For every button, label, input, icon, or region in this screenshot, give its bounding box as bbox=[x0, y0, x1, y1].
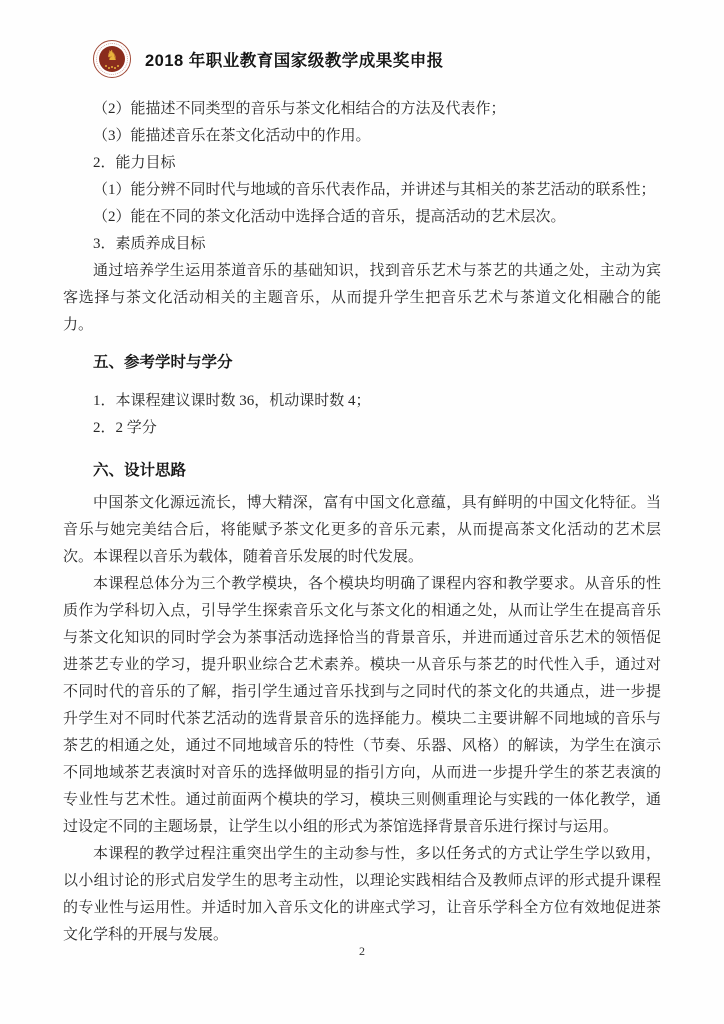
credit-line: 2．2 学分 bbox=[63, 415, 661, 442]
school-seal-icon: ♞ bbox=[93, 40, 131, 78]
objectives-list: （2）能描述不同类型的音乐与茶文化相结合的方法及代表作； （3）能描述音乐在茶文… bbox=[63, 96, 661, 258]
credit-line: 1．本课程建议课时数 36，机动课时数 4； bbox=[63, 388, 661, 415]
objective-line: （2）能描述不同类型的音乐与茶文化相结合的方法及代表作； bbox=[63, 96, 661, 123]
document-page: ♞ 2018 年职业教育国家级教学成果奖申报 （2）能描述不同类型的音乐与茶文化… bbox=[0, 0, 724, 1024]
document-title: 2018 年职业教育国家级教学成果奖申报 bbox=[145, 47, 444, 71]
seal-inner-circle: ♞ bbox=[99, 46, 125, 72]
document-header: ♞ 2018 年职业教育国家级教学成果奖申报 bbox=[93, 40, 664, 78]
objective-line: （1）能分辨不同时代与地域的音乐代表作品，并讲述与其相关的茶艺活动的联系性； bbox=[63, 177, 661, 204]
objective-line: （3）能描述音乐在茶文化活动中的作用。 bbox=[63, 123, 661, 150]
design-paragraph: 本课程总体分为三个教学模块，各个模块均明确了课程内容和教学要求。从音乐的性质作为… bbox=[63, 571, 661, 841]
page-number: 2 bbox=[0, 944, 724, 959]
section-heading-six: 六、设计思路 bbox=[63, 457, 661, 484]
quality-goal-paragraph: 通过培养学生运用茶道音乐的基础知识，找到音乐艺术与茶艺的共通之处，主动为宾客选择… bbox=[63, 258, 661, 339]
credit-hours-list: 1．本课程建议课时数 36，机动课时数 4； 2．2 学分 bbox=[63, 388, 661, 442]
objective-line: 2．能力目标 bbox=[63, 150, 661, 177]
section-heading-five: 五、参考学时与学分 bbox=[63, 349, 661, 376]
objective-line: （2）能在不同的茶文化活动中选择合适的音乐，提高活动的艺术层次。 bbox=[63, 204, 661, 231]
design-paragraph: 本课程的教学过程注重突出学生的主动参与性，多以任务式的方式让学生学以致用，以小组… bbox=[63, 841, 661, 949]
seal-dots bbox=[111, 66, 113, 68]
objective-line: 3．素质养成目标 bbox=[63, 231, 661, 258]
design-paragraph: 中国茶文化源远流长，博大精深，富有中国文化意蕴，具有鲜明的中国文化特征。当音乐与… bbox=[63, 490, 661, 571]
horse-icon: ♞ bbox=[106, 50, 119, 64]
document-body: （2）能描述不同类型的音乐与茶文化相结合的方法及代表作； （3）能描述音乐在茶文… bbox=[63, 96, 661, 949]
